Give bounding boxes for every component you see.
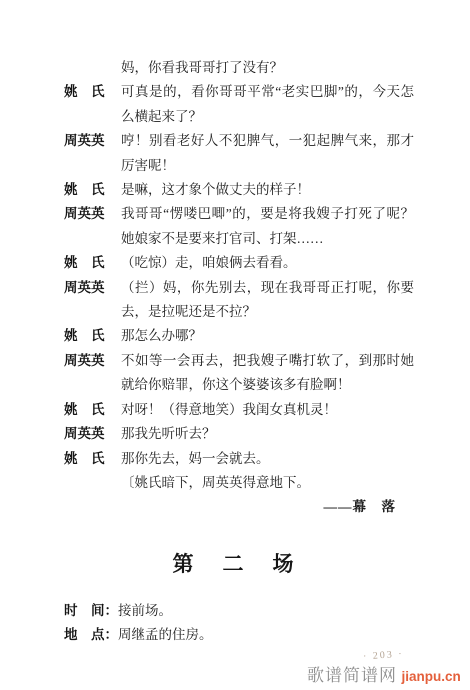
- scene-info-block: 时 间：接前场。 地 点：周继孟的住房。: [64, 599, 213, 646]
- scene-time-label: 时 间：: [64, 603, 118, 618]
- dialogue-line: 姚 氏 （吃惊）走，咱娘俩去看看。: [64, 251, 414, 275]
- scene-place-line: 地 点：周继孟的住房。: [64, 623, 213, 647]
- speaker-name: 姚 氏: [64, 447, 121, 471]
- speaker-name: 周英英: [64, 202, 121, 251]
- scene-time-line: 时 间：接前场。: [64, 599, 213, 623]
- dialogue-text: 那我先听听去？: [121, 422, 414, 446]
- speaker-name: [64, 56, 121, 80]
- dialogue-line: 周英英 那我先听听去？: [64, 422, 414, 446]
- dialogue-text: 是嘛，这才象个做丈夫的样子！: [121, 178, 414, 202]
- scene-place-value: 周继孟的住房。: [118, 627, 213, 642]
- scene-place-label: 地 点：: [64, 627, 118, 642]
- dialogue-text: 我哥哥“愣喽巴唧”的，要是将我嫂子打死了呢？她娘家不是要来打官司、打架……: [121, 202, 414, 251]
- speaker-name: 周英英: [64, 276, 121, 325]
- script-page: 妈，你看我哥哥打了没有？ 姚 氏 可真是的，看你哥哥平常“老实巴脚”的，今天怎么…: [0, 0, 470, 690]
- dialogue-text: 那怎么办哪？: [121, 324, 414, 348]
- speaker-name: 姚 氏: [64, 178, 121, 202]
- dialogue-text: （拦）妈，你先别去，现在我哥哥正打呢，你要去，是拉呢还是不拉？: [121, 276, 414, 325]
- dialogue-text: 妈，你看我哥哥打了没有？: [121, 56, 414, 80]
- speaker-name: 姚 氏: [64, 398, 121, 422]
- watermark-domain: jianpu.cn: [401, 669, 460, 684]
- dialogue-line: 姚 氏 对呀！（得意地笑）我闺女真机灵！: [64, 398, 414, 422]
- dialogue-line: 周英英 （拦）妈，你先别去，现在我哥哥正打呢，你要去，是拉呢还是不拉？: [64, 276, 414, 325]
- speaker-name: 姚 氏: [64, 251, 121, 275]
- dialogue-line: 姚 氏 是嘛，这才象个做丈夫的样子！: [64, 178, 414, 202]
- speaker-name: 姚 氏: [64, 80, 121, 129]
- dialogue-line: 周英英 哼！别看老好人不犯脾气，一犯起脾气来，那才厉害呢！: [64, 129, 414, 178]
- stage-direction: 〔姚氏暗下，周英英得意地下。: [121, 471, 414, 495]
- dialogue-line: 姚 氏 可真是的，看你哥哥平常“老实巴脚”的，今天怎么横起来了？: [64, 80, 414, 129]
- dialogue-text: 哼！别看老好人不犯脾气，一犯起脾气来，那才厉害呢！: [121, 129, 414, 178]
- speaker-name: 姚 氏: [64, 324, 121, 348]
- scene-heading: 第 二 场: [0, 548, 470, 578]
- curtain-fall-label: ——幕 落: [64, 495, 414, 519]
- dialogue-line: 姚 氏 那你先去，妈一会就去。: [64, 447, 414, 471]
- dialogue-text: 那你先去，妈一会就去。: [121, 447, 414, 471]
- watermark: 歌谱简谱网 jianpu.cn: [307, 661, 461, 686]
- dialogue-line: 周英英 不如等一会再去，把我嫂子嘴打软了，到那时她就给你赔罪，你这个婆婆该多有脸…: [64, 349, 414, 398]
- dialogue-text: 可真是的，看你哥哥平常“老实巴脚”的，今天怎么横起来了？: [121, 80, 414, 129]
- dialogue-text: 对呀！（得意地笑）我闺女真机灵！: [121, 398, 414, 422]
- scene-time-value: 接前场。: [118, 603, 172, 618]
- watermark-site-name: 歌谱简谱网: [307, 666, 397, 685]
- speaker-name: 周英英: [64, 129, 121, 178]
- speaker-name: 周英英: [64, 422, 121, 446]
- dialogue-line: 姚 氏 那怎么办哪？: [64, 324, 414, 348]
- dialogue-text: （吃惊）走，咱娘俩去看看。: [121, 251, 414, 275]
- dialogue-block: 妈，你看我哥哥打了没有？ 姚 氏 可真是的，看你哥哥平常“老实巴脚”的，今天怎么…: [64, 56, 414, 520]
- dialogue-line: 周英英 我哥哥“愣喽巴唧”的，要是将我嫂子打死了呢？她娘家不是要来打官司、打架……: [64, 202, 414, 251]
- dialogue-text: 不如等一会再去，把我嫂子嘴打软了，到那时她就给你赔罪，你这个婆婆该多有脸啊！: [121, 349, 414, 398]
- speaker-name: 周英英: [64, 349, 121, 398]
- dialogue-line: 妈，你看我哥哥打了没有？: [64, 56, 414, 80]
